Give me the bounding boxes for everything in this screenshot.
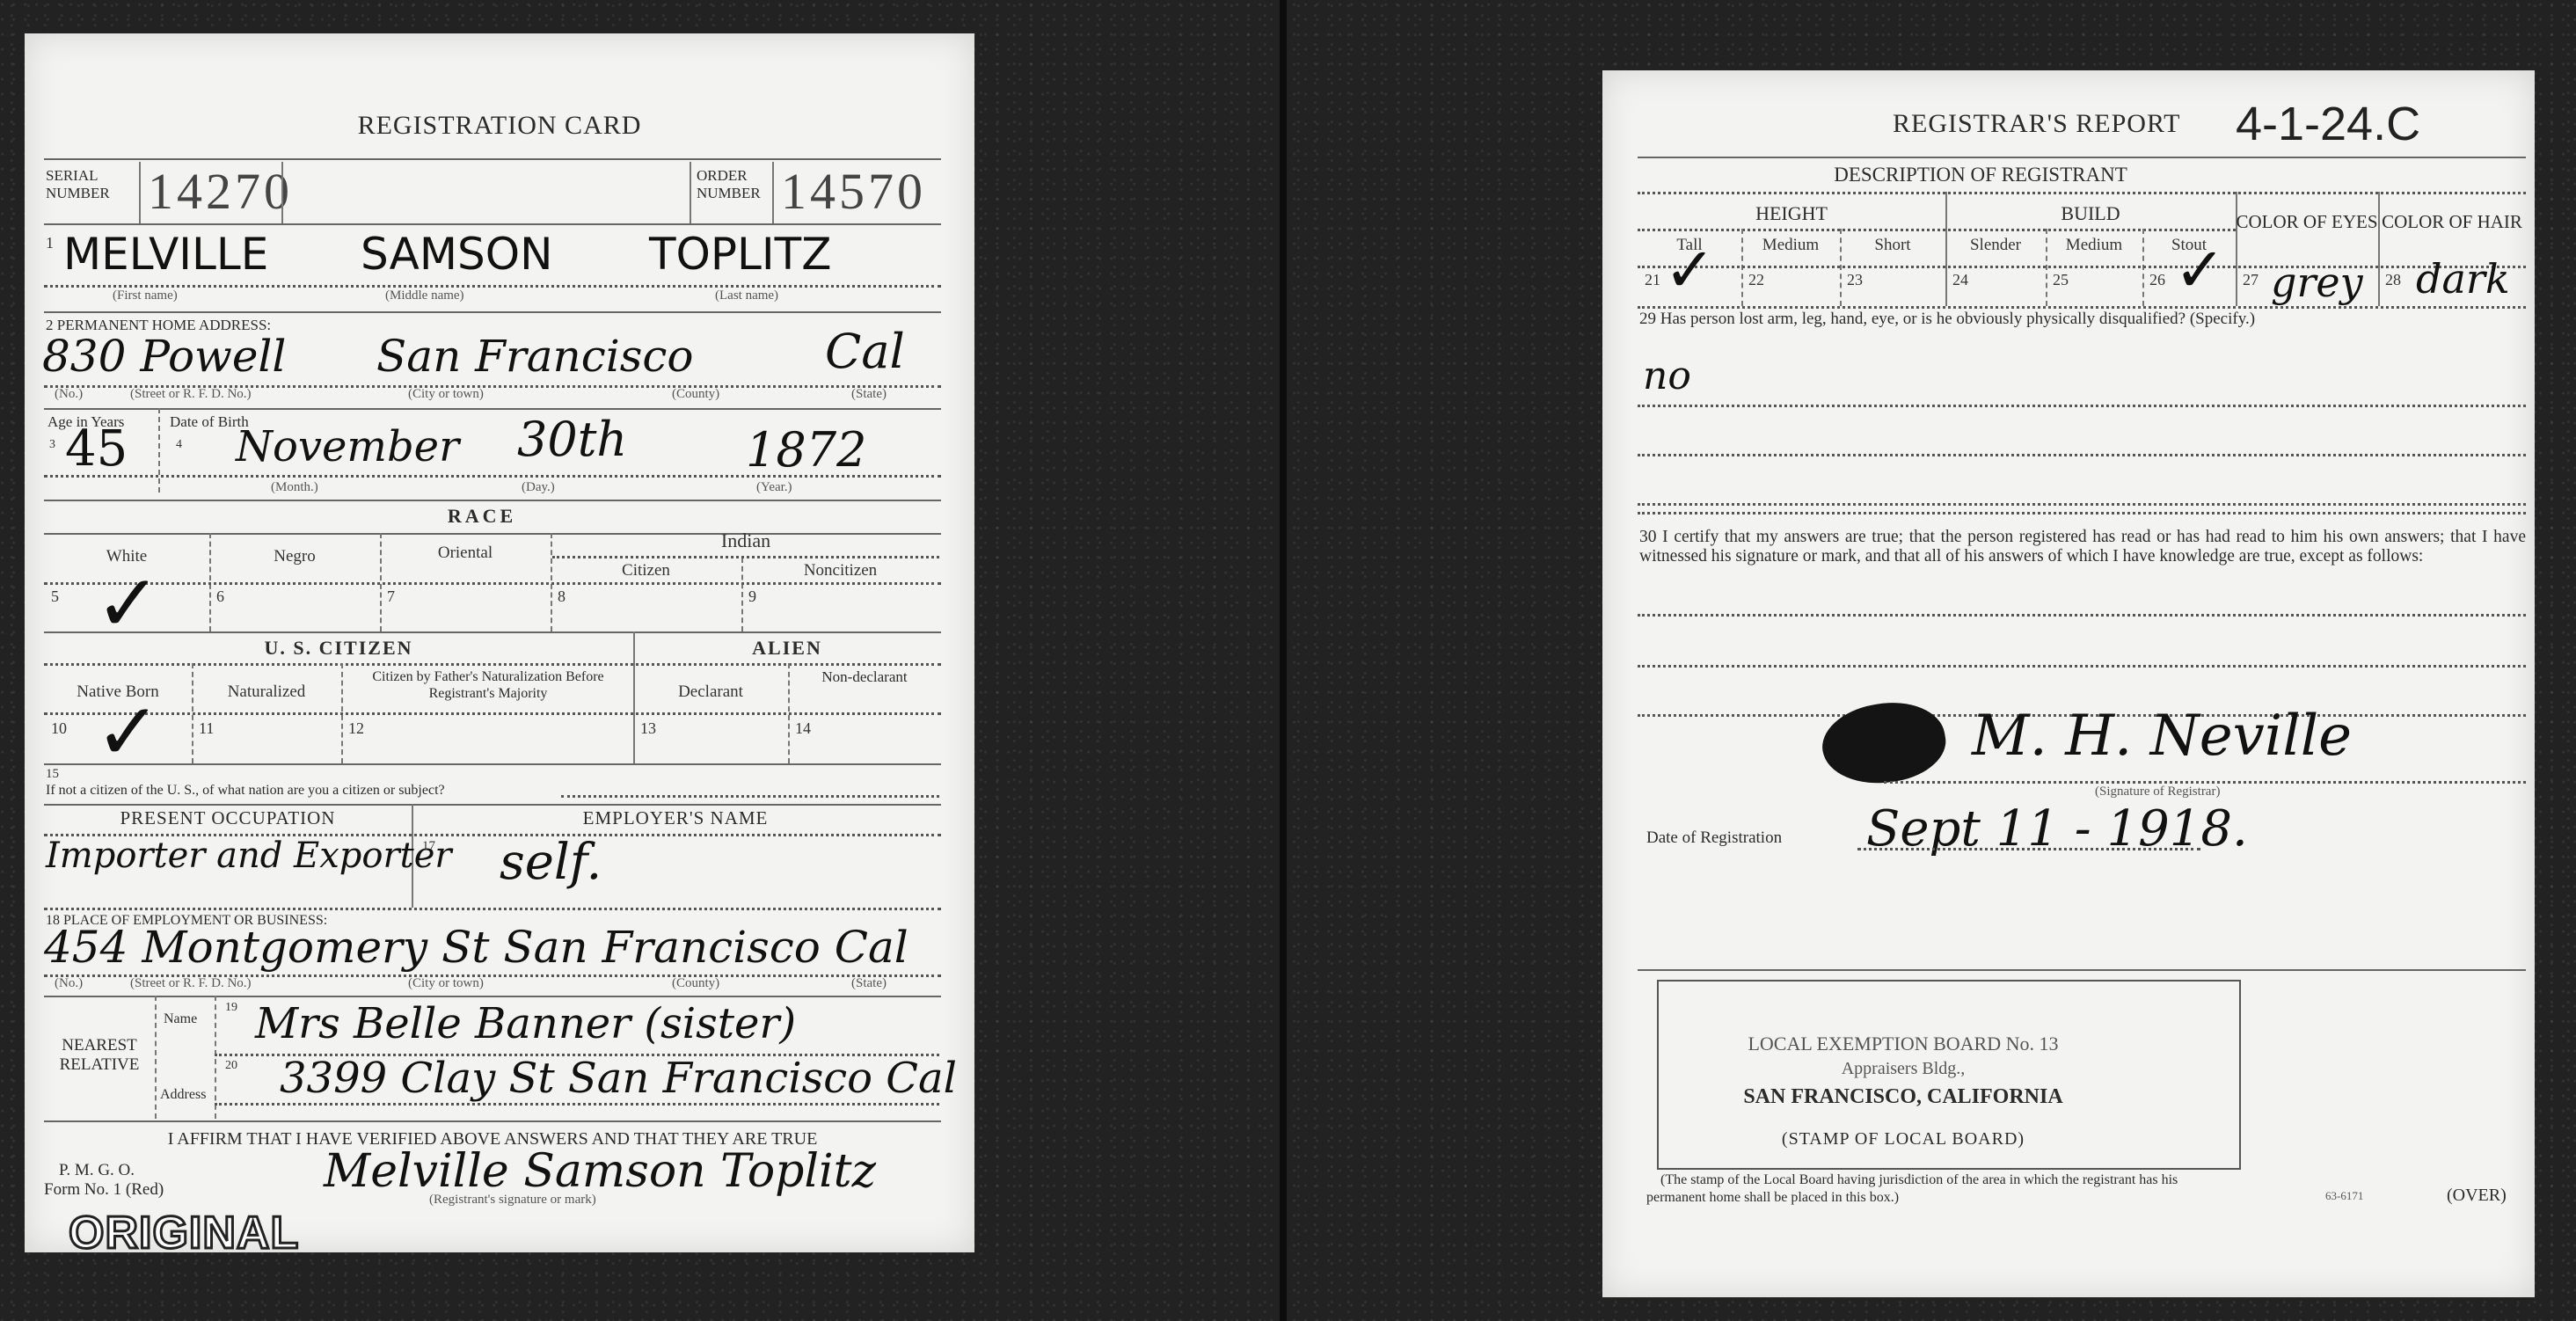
home-street: 830 Powell xyxy=(42,331,286,382)
build-stout-checkmark-icon: ✓ xyxy=(2174,239,2226,301)
employer-value: self. xyxy=(500,834,602,891)
nation-question: If not a citizen of the U. S., of what n… xyxy=(46,783,445,799)
height-medium-label: Medium xyxy=(1741,236,1840,255)
hair-color-value: dark xyxy=(2416,255,2510,303)
original-stamp: ORIGINAL xyxy=(69,1207,299,1259)
relative-name-label: Name xyxy=(164,1011,197,1027)
alien-heading: ALIEN xyxy=(633,637,941,660)
field-number: 29 xyxy=(1639,310,1656,328)
board-stamp-line3: SAN FRANCISCO, CALIFORNIA xyxy=(1657,1085,2149,1109)
field-number: 30 xyxy=(1639,528,1657,546)
field-number: 22 xyxy=(1748,271,1764,289)
field-number: 19 xyxy=(225,1001,237,1015)
caption-county: (County) xyxy=(672,976,719,991)
age-value: 45 xyxy=(65,420,128,478)
height-heading: HEIGHT xyxy=(1638,202,1945,225)
report-stamp-number: 4-1-24.C xyxy=(2236,97,2420,151)
date-of-registration-label: Date of Registration xyxy=(1646,828,1782,848)
certification-body: I certify that my answers are true; that… xyxy=(1639,528,2526,566)
race-indian-citizen-label: Citizen xyxy=(551,561,741,580)
field-number: 9 xyxy=(748,588,756,606)
relative-address-label: Address xyxy=(160,1087,206,1103)
dob-field-number: 4 xyxy=(176,438,182,452)
over-label: (OVER) xyxy=(2447,1186,2507,1206)
caption-street: (Street or R. F. D. No.) xyxy=(130,976,252,991)
caption-month: (Month.) xyxy=(271,480,318,495)
serial-number: 14270 xyxy=(148,162,293,221)
field-number: 7 xyxy=(387,588,395,606)
report-title: REGISTRAR'S REPORT xyxy=(1893,109,2181,139)
non-declarant-label: Non-declarant xyxy=(788,668,941,686)
form-code: 63-6171 xyxy=(2325,1189,2363,1203)
caption-day: (Day.) xyxy=(522,480,555,495)
caption-year: (Year.) xyxy=(756,480,792,495)
field-number: 21 xyxy=(1645,271,1660,289)
hair-heading: COLOR OF HAIR xyxy=(2378,211,2526,232)
height-tall-checkmark-icon: ✓ xyxy=(1664,239,1716,301)
ink-blot xyxy=(1816,694,1952,793)
eyes-heading: COLOR OF EYES xyxy=(2236,211,2378,232)
field-number: 26 xyxy=(2149,271,2165,289)
field-number: 28 xyxy=(2385,271,2401,289)
native-born-checkmark-icon: ✓ xyxy=(95,693,161,772)
place-of-employment-value: 454 Montgomery St San Francisco Cal xyxy=(44,922,909,973)
caption-county: (County) xyxy=(672,387,719,402)
relative-name: Mrs Belle Banner (sister) xyxy=(255,999,796,1048)
middle-name-caption: (Middle name) xyxy=(385,288,464,303)
build-slender-label: Slender xyxy=(1945,236,2046,255)
field-number: 23 xyxy=(1847,271,1863,289)
race-indian-noncitizen-label: Noncitizen xyxy=(741,561,939,580)
build-heading: BUILD xyxy=(1945,202,2236,225)
last-name: TOPLITZ xyxy=(649,229,831,280)
field-number: 20 xyxy=(225,1059,237,1073)
stamp-note: (The stamp of the Local Board having jur… xyxy=(1646,1171,2227,1207)
dob-year: 1872 xyxy=(746,422,866,478)
dob-day: 30th xyxy=(517,412,627,467)
field-number: 17 xyxy=(422,839,435,854)
naturalized-label: Naturalized xyxy=(192,682,341,702)
height-short-label: Short xyxy=(1840,236,1945,255)
disqualification-question: 29 Has person lost arm, leg, hand, eye, … xyxy=(1639,310,2528,329)
home-state: Cal xyxy=(825,324,905,379)
caption-no: (No.) xyxy=(55,976,83,991)
registrar-signature: M. H. Neville xyxy=(1972,704,2352,769)
build-medium-label: Medium xyxy=(2046,236,2142,255)
board-stamp-line2: Appraisers Bldg., xyxy=(1657,1059,2149,1079)
registrars-report-back: REGISTRAR'S REPORT 4-1-24.C DESCRIPTION … xyxy=(1602,70,2535,1297)
nearest-relative-label: NEAREST RELATIVE xyxy=(44,1036,155,1075)
first-name-caption: (First name) xyxy=(113,288,178,303)
registration-card-front: REGISTRATION CARD SERIAL NUMBER 14270 OR… xyxy=(25,33,974,1252)
registrant-signature: Melville Samson Toplitz xyxy=(324,1145,876,1198)
field-number: 6 xyxy=(216,588,224,606)
caption-street: (Street or R. F. D. No.) xyxy=(130,387,252,402)
declarant-label: Declarant xyxy=(633,682,788,702)
form-id-line2: Form No. 1 (Red) xyxy=(44,1180,164,1200)
question-text: Has person lost arm, leg, hand, eye, or … xyxy=(1660,310,2255,328)
card-title: REGISTRATION CARD xyxy=(25,111,974,141)
field-number: 27 xyxy=(2243,271,2259,289)
dob-month: November xyxy=(236,422,459,471)
description-heading: DESCRIPTION OF REGISTRANT xyxy=(1602,164,2359,186)
caption-state: (State) xyxy=(851,387,887,402)
registrar-signature-caption: (Signature of Registrar) xyxy=(2095,785,2220,799)
race-oriental-label: Oriental xyxy=(380,544,551,563)
caption-state: (State) xyxy=(851,976,887,991)
board-stamp-line1: LOCAL EXEMPTION BOARD No. 13 xyxy=(1657,1033,2149,1055)
signature-caption: (Registrant's signature or mark) xyxy=(429,1193,596,1208)
indian-heading: Indian xyxy=(552,529,939,552)
age-field-number: 3 xyxy=(49,438,55,452)
home-city: San Francisco xyxy=(376,331,694,382)
field-number: 11 xyxy=(199,719,214,738)
field-number: 5 xyxy=(51,588,59,606)
field-number: 8 xyxy=(558,588,566,606)
us-citizen-heading: U. S. CITIZEN xyxy=(44,637,633,660)
field-number: 1 xyxy=(46,234,54,252)
field-number: 13 xyxy=(640,719,656,738)
board-stamp-caption: (STAMP OF LOCAL BOARD) xyxy=(1657,1129,2149,1149)
field-number: 15 xyxy=(46,767,59,782)
eye-color-value: grey xyxy=(2271,259,2363,306)
field-number: 24 xyxy=(1952,271,1968,289)
field-number: 12 xyxy=(348,719,364,738)
caption-city: (City or town) xyxy=(408,976,484,991)
disqualification-answer: no xyxy=(1643,354,1691,398)
order-number: 14570 xyxy=(781,162,926,221)
field-number: 10 xyxy=(51,719,67,738)
caption-no: (No.) xyxy=(55,387,83,402)
caption-city: (City or town) xyxy=(408,387,484,402)
certification-text: 30 I certify that my answers are true; t… xyxy=(1639,528,2526,566)
occupation-value: Importer and Exporter xyxy=(46,836,451,876)
race-heading: RACE xyxy=(25,505,939,528)
serial-label: SERIAL NUMBER xyxy=(46,167,134,202)
form-id-line1: P. M. G. O. xyxy=(44,1161,150,1180)
citizen-by-father-label: Citizen by Father's Naturalization Befor… xyxy=(352,668,624,702)
race-negro-label: Negro xyxy=(209,547,380,566)
occupation-label: PRESENT OCCUPATION xyxy=(44,807,412,829)
last-name-caption: (Last name) xyxy=(715,288,778,303)
relative-address: 3399 Clay St San Francisco Cal xyxy=(280,1054,957,1103)
field-number: 25 xyxy=(2053,271,2069,289)
field-number: 14 xyxy=(795,719,811,738)
first-name: MELVILLE xyxy=(63,229,268,280)
employer-label: EMPLOYER'S NAME xyxy=(412,807,939,829)
page-gutter xyxy=(1280,0,1287,1321)
middle-name: SAMSON xyxy=(361,229,553,280)
order-label: ORDER NUMBER xyxy=(697,167,776,202)
